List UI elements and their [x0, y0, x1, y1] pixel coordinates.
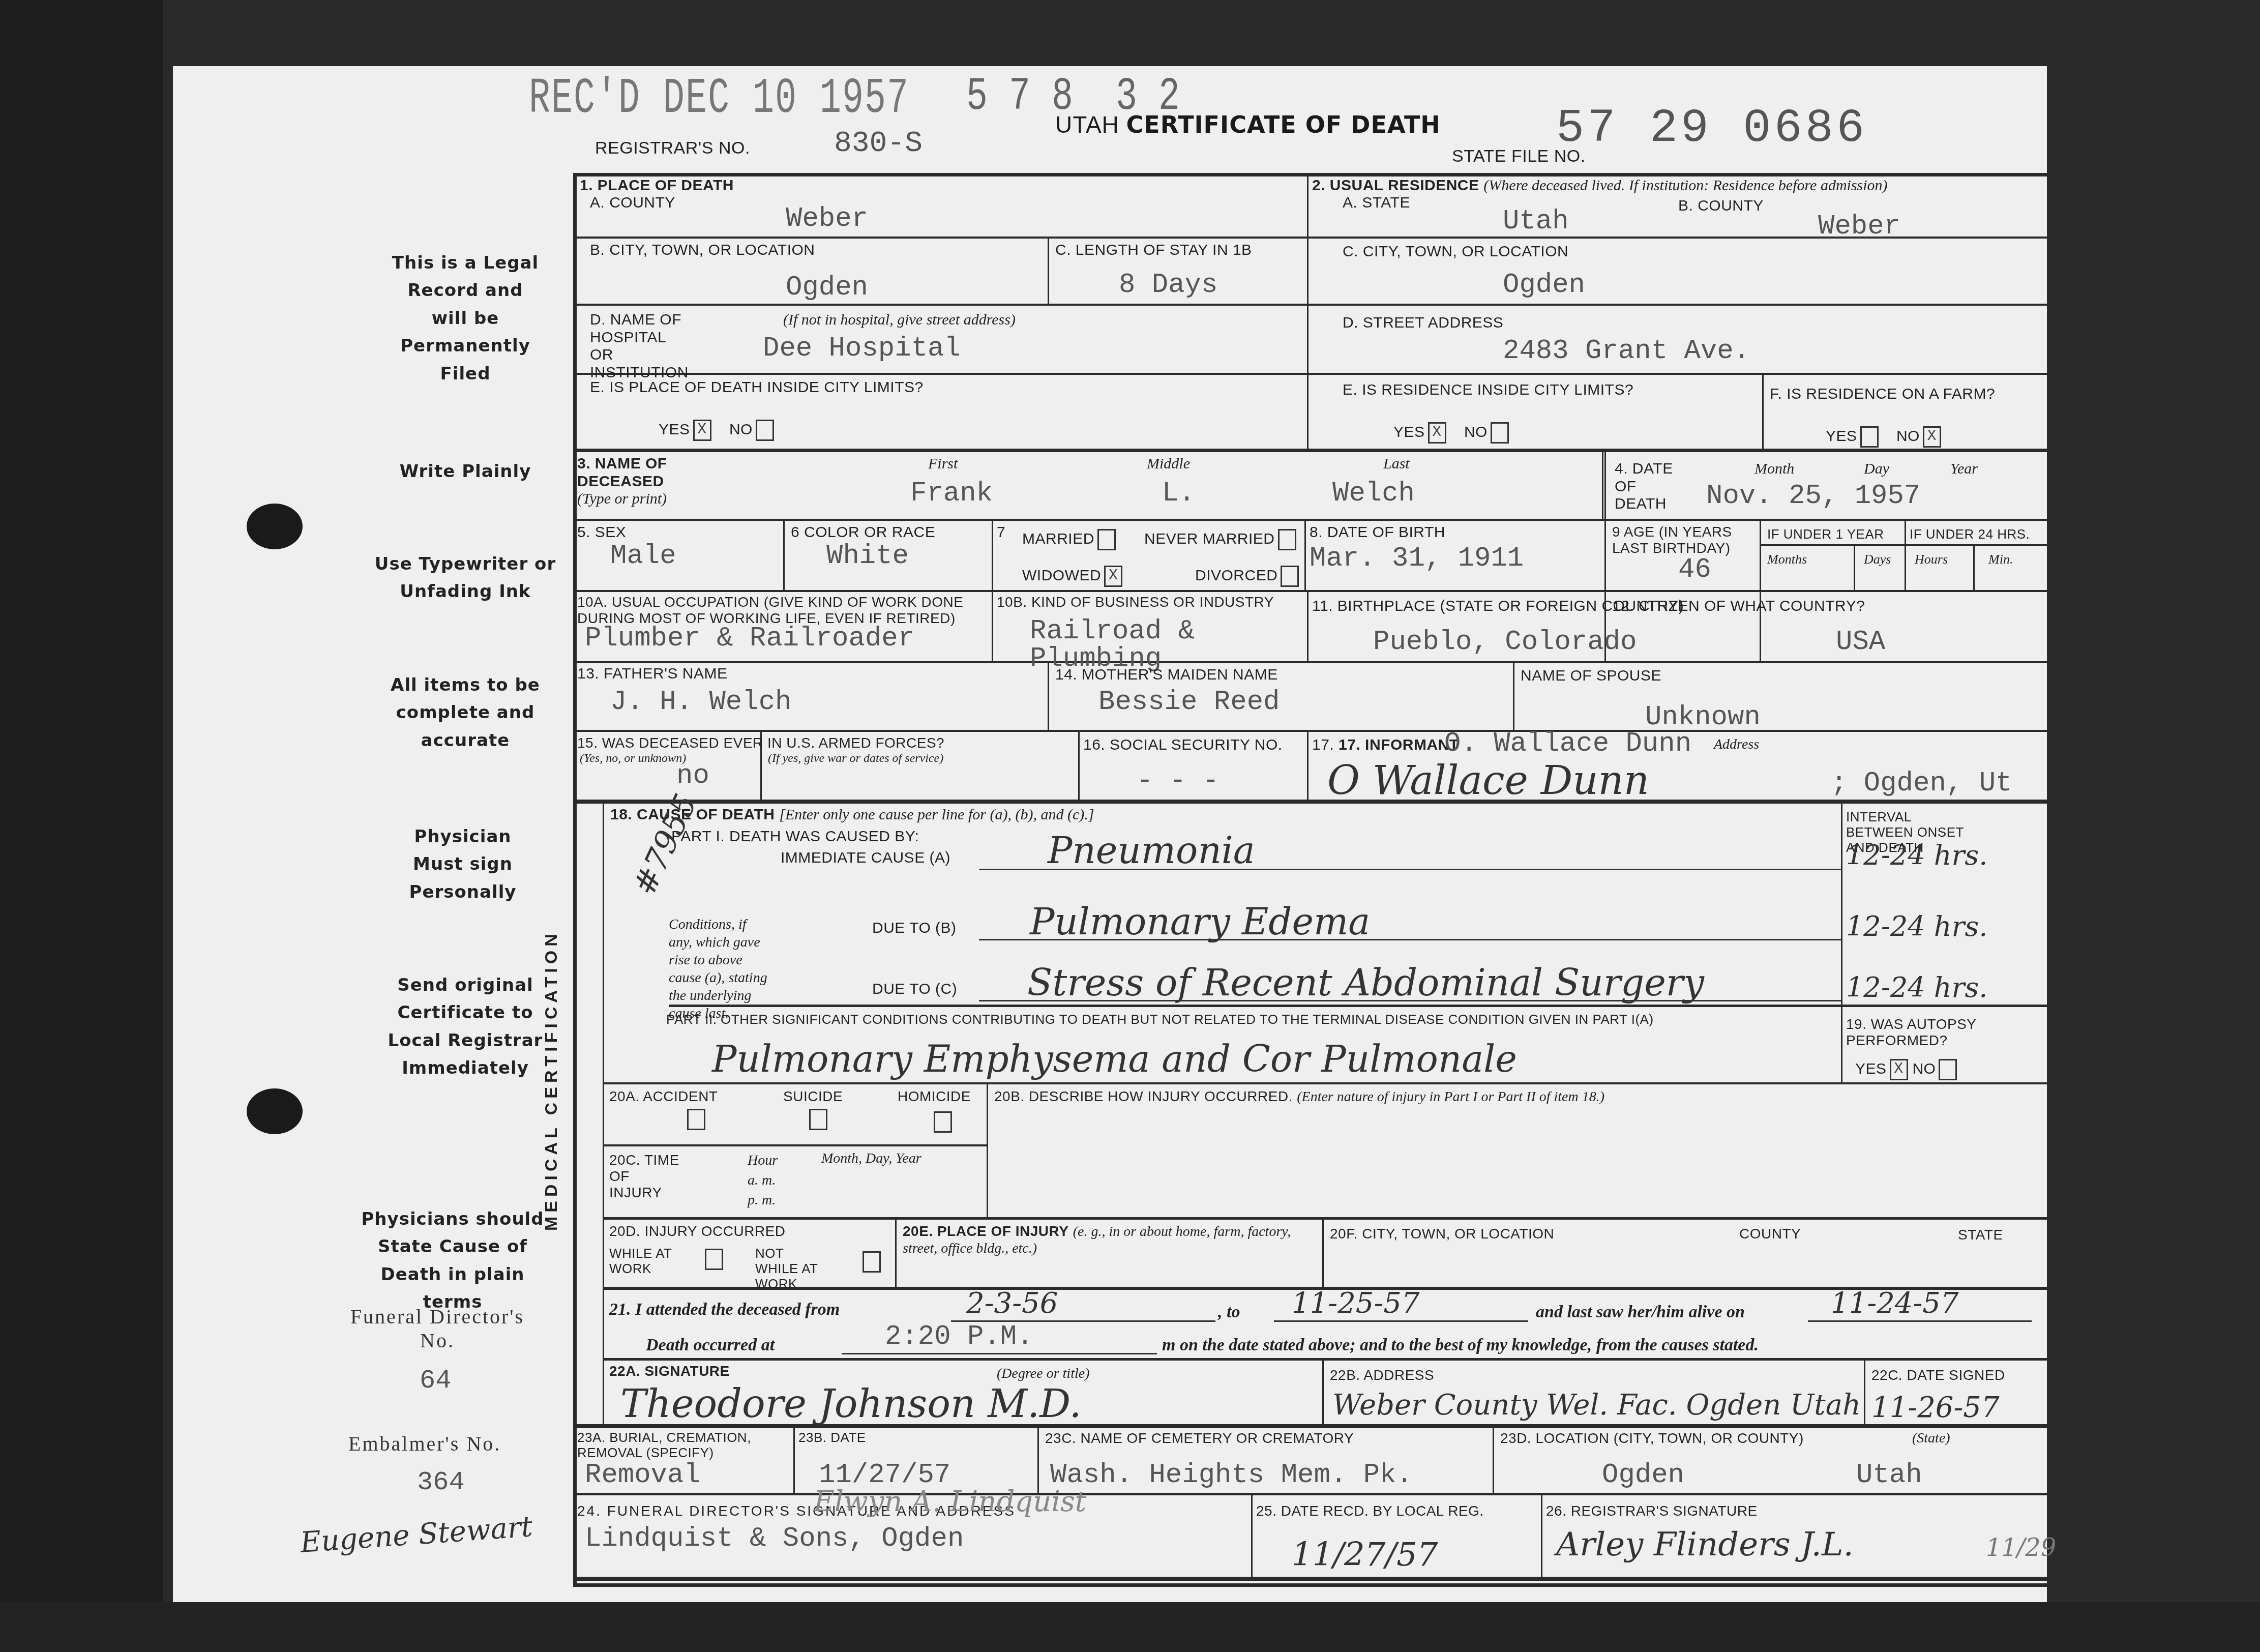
title-prefix: UTAH	[1055, 111, 1119, 138]
item2-state-label: a. STATE	[1343, 194, 1410, 212]
item8-date-of-birth[interactable]: Mar. 31, 1911	[1310, 543, 1524, 574]
item2-county[interactable]: Weber	[1818, 211, 1900, 242]
item1-county[interactable]: Weber	[786, 203, 868, 234]
divider	[992, 519, 993, 590]
underline	[1808, 1320, 2032, 1322]
item2-farm-label: f. IS RESIDENCE ON A FARM?	[1770, 386, 1995, 403]
item22-date-signed[interactable]: 11-26-57	[1871, 1391, 2000, 1424]
suicide-checkbox[interactable]	[806, 1109, 827, 1130]
item26-date: 11/29	[1986, 1533, 2056, 1562]
sidebar-note-write-plainly: Write Plainly	[386, 458, 544, 485]
item15-label: 15. WAS DECEASED EVER IN U.S. ARMED FORC…	[577, 735, 944, 751]
divider	[895, 1217, 897, 1287]
item20d-while: WHILE AT WORK	[609, 1246, 675, 1277]
autopsy-no-checkbox[interactable]	[1939, 1059, 1957, 1080]
punch-hole-bottom	[247, 1088, 303, 1134]
accident-checkbox[interactable]	[684, 1109, 705, 1130]
spouse-label: NAME OF SPOUSE	[1521, 667, 1661, 685]
underline	[842, 1353, 1157, 1354]
item18-due-b-label: DUE TO (b)	[872, 920, 957, 937]
item6-race[interactable]: White	[826, 541, 909, 572]
item4-year-label: Year	[1950, 460, 1978, 478]
no-label: NO	[1896, 428, 1920, 445]
item7-label: 7	[997, 524, 1005, 542]
item18-note: [Enter only one cause per line for (a), …	[779, 806, 1094, 823]
item1-county-label: a. COUNTY	[590, 194, 675, 212]
item2-street[interactable]: 2483 Grant Ave.	[1503, 336, 1750, 367]
item10b-industry[interactable]: Railroad & Plumbing	[1030, 618, 1294, 673]
item2-inside-city-no-checkbox[interactable]	[1491, 422, 1509, 444]
item2-state[interactable]: Utah	[1503, 206, 1569, 237]
divider	[1841, 804, 1842, 1082]
item20e-label: 20e. PLACE OF INJURY (e. g., in or about…	[903, 1223, 1320, 1257]
item21-to-label: , to	[1218, 1302, 1240, 1322]
divider	[573, 590, 2048, 592]
item4-date-of-death[interactable]: Nov. 25, 1957	[1706, 481, 1920, 512]
item9-under1-label: IF UNDER 1 YEAR	[1767, 527, 1884, 542]
item22a-label: 22a. SIGNATURE	[609, 1363, 730, 1379]
item9-hours-label: Hours	[1915, 552, 1948, 567]
sidebar-note-cause-plain: Physicians should State Cause of Death i…	[351, 1205, 554, 1316]
received-stamp-text: REC'D DEC 10 1957	[529, 71, 909, 128]
item18-immediate-label: IMMEDIATE CAUSE (a)	[781, 849, 950, 867]
divider	[992, 590, 993, 661]
embalmer-no: 364	[417, 1467, 465, 1497]
item21-last-saw-label: and last saw her/him alive on	[1536, 1302, 1745, 1322]
item15-armed-forces[interactable]: no	[676, 760, 709, 791]
sidebar-note-send-original: Send original Certificate to Local Regis…	[386, 971, 544, 1082]
divider	[573, 519, 2048, 521]
item10b-label: 10b. KIND OF BUSINESS OR INDUSTRY	[997, 594, 1274, 610]
registrar-no-label: REGISTRAR'S NO.	[595, 138, 750, 158]
item23d-label: 23d. LOCATION (City, town, or county)	[1500, 1430, 1804, 1447]
item2-inside-city-yes-checkbox[interactable]: X	[1428, 422, 1446, 444]
item2-county-label: b. COUNTY	[1678, 197, 1764, 215]
item16-label: 16. SOCIAL SECURITY NO.	[1083, 736, 1283, 754]
item21-death-time[interactable]: 2:20 P.M.	[885, 1321, 1033, 1352]
item24-funeral-home[interactable]: Lindquist & Sons, Ogden	[585, 1523, 964, 1554]
item3-first-label: First	[928, 455, 958, 473]
yes-label: YES	[659, 421, 690, 438]
divider	[987, 1082, 988, 1217]
title-main: CERTIFICATE OF DEATH	[1126, 111, 1441, 138]
yes-label: YES	[1826, 428, 1857, 445]
funeral-director-no: 64	[420, 1366, 451, 1396]
item2-farm-options: YES NOX	[1826, 426, 1941, 448]
item20a-label: 20a. ACCIDENT	[609, 1088, 718, 1105]
item20-homicide-label: HOMICIDE	[898, 1088, 971, 1105]
divider	[573, 304, 2048, 306]
no-label: NO	[1464, 424, 1488, 440]
item21-death-at-suffix: m on the date stated above; and to the b…	[1162, 1335, 1759, 1355]
divider	[573, 1493, 2048, 1495]
divider	[1037, 1424, 1039, 1493]
item2-farm-yes-checkbox[interactable]	[1860, 426, 1879, 448]
item23b-label: 23b. DATE	[798, 1430, 866, 1445]
divider	[603, 1144, 987, 1146]
divider	[573, 373, 2048, 375]
divider	[1322, 1217, 1324, 1287]
item23d-state[interactable]: Utah	[1856, 1460, 1922, 1491]
widowed-checkbox[interactable]: X	[1104, 566, 1122, 587]
divider	[1854, 544, 1855, 590]
item21-to[interactable]: 11-25-57	[1292, 1287, 1420, 1320]
item20f-county: COUNTY	[1739, 1226, 1801, 1242]
item1-hospital-label: d. NAME OF HOSPITAL OR INSTITUTION	[590, 311, 692, 381]
item20c-hour: Houra. m.p. m.	[748, 1150, 778, 1211]
item2-farm-no-checkbox[interactable]: X	[1923, 426, 1941, 448]
item23c-cemetery[interactable]: Wash. Heights Mem. Pk.	[1050, 1460, 1413, 1491]
item17-label: 17. 17. INFORMANT	[1312, 736, 1459, 754]
divider	[1905, 519, 1906, 590]
certificate-title: UTAH CERTIFICATE OF DEATH	[1055, 111, 1441, 138]
item9-under24-label: IF UNDER 24 HRS.	[1910, 527, 2030, 542]
item12-label: 12. CITIZEN OF WHAT COUNTRY?	[1612, 598, 1865, 615]
item2-inside-city-options: YESX NO	[1393, 422, 1509, 444]
item5-sex[interactable]: Male	[610, 541, 676, 572]
item20b-label: 20b. DESCRIBE HOW INJURY OCCURRED. (Ente…	[994, 1088, 1604, 1105]
item3-middle[interactable]: L.	[1162, 478, 1195, 509]
divorced-checkbox[interactable]	[1281, 566, 1299, 587]
item18-interval-c[interactable]: 12-24 hrs.	[1846, 971, 1987, 1004]
item6-label: 6 COLOR OR RACE	[791, 524, 935, 542]
item15-sub1: (Yes, no, or unknown)	[580, 752, 686, 766]
item7-never-married: NEVER MARRIED	[1144, 529, 1296, 550]
item21-attended-label: 21. I attended the deceased from	[609, 1300, 840, 1319]
divider	[1307, 590, 1309, 661]
item22b-label: 22b. ADDRESS	[1330, 1367, 1434, 1383]
item18-immediate-cause[interactable]: Pneumonia	[1048, 829, 1255, 872]
item20-suicide-label: SUICIDE	[783, 1088, 843, 1105]
item18-due-b[interactable]: Pulmonary Edema	[1030, 900, 1370, 943]
item3-sublabel: (Type or print)	[577, 490, 667, 507]
divider	[573, 800, 2048, 804]
item10a-label: 10a. USUAL OCCUPATION (Give kind of work…	[577, 594, 989, 627]
item3-last[interactable]: Welch	[1332, 478, 1415, 509]
item26-registrar-signature[interactable]: Arley Flinders J.L.	[1556, 1526, 1854, 1563]
item1-hospital[interactable]: Dee Hospital	[763, 333, 961, 364]
item15-sub2: (If yes, give war or dates of service)	[768, 752, 943, 766]
item13-father[interactable]: J. H. Welch	[610, 687, 791, 718]
state-file-no: 57 29 0686	[1556, 102, 1867, 155]
item1-inside-city-label: e. IS PLACE OF DEATH INSIDE CITY LIMITS?	[590, 379, 924, 397]
divider	[1251, 1493, 1253, 1577]
item18-part2-value[interactable]: Pulmonary Emphysema and Cor Pulmonale	[712, 1038, 1517, 1080]
funeral-director-label: Funeral Director's No.	[346, 1305, 529, 1352]
divider	[573, 661, 2048, 663]
item1-title: 1. PLACE OF DEATH	[580, 177, 734, 195]
item11-birthplace[interactable]: Pueblo, Colorado	[1373, 627, 1637, 658]
item1-stay-label: c. LENGTH OF STAY IN 1b	[1055, 242, 1252, 259]
item8-label: 8. DATE OF BIRTH	[1310, 524, 1445, 542]
item19-label: 19. WAS AUTOPSY PERFORMED?	[1846, 1016, 1999, 1049]
divider	[573, 1577, 2048, 1581]
item22-physician-signature[interactable]: Theodore Johnson M.D.	[620, 1381, 1082, 1426]
item18-part2: PART II. OTHER SIGNIFICANT CONDITIONS CO…	[666, 1012, 1654, 1027]
scan-background-bottom	[0, 1602, 2260, 1652]
divider	[1513, 661, 1514, 730]
divider	[573, 730, 2048, 732]
item13-label: 13. FATHER'S NAME	[577, 665, 727, 683]
item20c-label: 20c. TIME OF INJURY	[609, 1152, 686, 1201]
no-label: NO	[729, 421, 753, 438]
item23d-city[interactable]: Ogden	[1602, 1460, 1684, 1491]
homicide-checkbox[interactable]	[931, 1111, 952, 1133]
item18-part1: PART I. DEATH WAS CAUSED BY:	[671, 828, 919, 846]
divider	[793, 1424, 795, 1493]
divider	[1973, 544, 1975, 590]
item16-ssn[interactable]: - - -	[1137, 765, 1219, 796]
item20c-date: Month, Day, Year	[821, 1150, 921, 1167]
divider	[1304, 519, 1306, 590]
item9-months-label: Months	[1767, 552, 1807, 567]
item18-interval-a[interactable]: 12-24 hrs.	[1846, 839, 1987, 871]
item5-label: 5. SEX	[577, 524, 626, 542]
sidebar-note-typewriter: Use Typewriter or Unfading Ink	[371, 550, 559, 606]
divider	[1760, 519, 1761, 661]
divider	[1604, 449, 1606, 519]
item18-due-c-label: DUE TO (c)	[872, 981, 957, 998]
item4-month-label: Month	[1755, 460, 1794, 478]
item14-mother[interactable]: Bessie Reed	[1098, 687, 1280, 718]
while-at-work-checkbox[interactable]	[702, 1249, 723, 1270]
divider	[1760, 544, 2048, 546]
item21-last-saw[interactable]: 11-24-57	[1831, 1287, 1959, 1320]
item7-divorced: DIVORCED	[1195, 566, 1299, 587]
item1-stay[interactable]: 8 Days	[1119, 270, 1217, 301]
item20f-state: STATE	[1958, 1227, 2003, 1243]
item9-label: 9 AGE (In years last birthday)	[1612, 524, 1755, 556]
item17-signature: O Wallace Dunn	[1327, 758, 1649, 804]
underline	[1274, 1320, 1528, 1322]
item1-inside-city-options: YESX NO	[659, 420, 774, 441]
item24-signature: Elwyn A. Lindquist	[814, 1485, 1086, 1518]
item22c-label: 22c. DATE SIGNED	[1871, 1367, 2005, 1383]
item21-death-at-label: Death occurred at	[646, 1335, 775, 1355]
item20d-not-while: NOT WHILE AT WORK	[755, 1246, 826, 1292]
item19-options: YESX NO	[1855, 1059, 1957, 1080]
item10a-occupation[interactable]: Plumber & Railroader	[585, 623, 914, 654]
item25-label: 25. DATE RECD. BY LOCAL REG.	[1256, 1503, 1484, 1519]
item1-city-label: b. CITY, TOWN, OR LOCATION	[590, 242, 815, 259]
divider	[1864, 1358, 1865, 1424]
divider	[603, 1358, 2048, 1361]
sidebar-note-complete: All items to be complete and accurate	[386, 671, 544, 754]
item12-citizen[interactable]: USA	[1836, 627, 1885, 658]
item9-min-label: Min.	[1988, 552, 2013, 567]
divider	[1307, 173, 1309, 449]
item18-conditions-note: Conditions, if any, which gave rise to a…	[669, 916, 770, 1022]
divider	[1078, 730, 1080, 800]
item1-hospital-note: (If not in hospital, give street address…	[783, 311, 1016, 329]
received-stamp: REC'D DEC 10 1957	[529, 71, 909, 128]
item20f-label: 20f. CITY, TOWN, OR LOCATION	[1330, 1226, 1554, 1242]
sidebar-note-legal-record: This is a Legal Record and will be Perma…	[386, 249, 544, 388]
item2-street-label: d. STREET ADDRESS	[1343, 314, 1503, 332]
state-file-label: STATE FILE NO.	[1452, 146, 1586, 166]
yes-label: YES	[1393, 424, 1425, 440]
punch-hole-top	[247, 504, 303, 549]
divider	[1048, 237, 1049, 304]
divider	[603, 1217, 2048, 1220]
item18-interval-b[interactable]: 12-24 hrs.	[1846, 910, 1987, 942]
item3-label: 3. NAME OF DECEASED(Type or print)	[577, 455, 689, 508]
item17-address[interactable]: ; Ogden, Ut	[1831, 768, 2012, 799]
item9-days-label: Days	[1864, 552, 1891, 567]
divider	[1322, 1358, 1324, 1424]
item18-due-c[interactable]: Stress of Recent Abdominal Surgery	[1027, 961, 1704, 1004]
item22-degree-label: (Degree or title)	[997, 1366, 1089, 1382]
item1-city[interactable]: Ogden	[786, 272, 868, 303]
item4-label: 4. DATE OF DEATH	[1615, 460, 1676, 513]
item1-inside-city-yes-checkbox[interactable]: X	[693, 420, 711, 441]
item9-age[interactable]: 46	[1678, 554, 1711, 585]
item2-title: 2. USUAL RESIDENCE (Where deceased lived…	[1312, 177, 1888, 195]
item2-city-label: c. CITY, TOWN, OR LOCATION	[1343, 243, 1568, 261]
divider	[603, 800, 604, 1424]
divider	[573, 449, 2048, 452]
divider	[1762, 373, 1764, 449]
divider	[603, 1082, 2048, 1084]
divider	[1602, 449, 1603, 519]
item3-middle-label: Middle	[1147, 455, 1190, 473]
scan-background-left	[0, 0, 163, 1652]
item23d-state-label: (State)	[1912, 1430, 1950, 1447]
divider	[783, 519, 785, 590]
item1-inside-city-no-checkbox[interactable]	[756, 420, 774, 441]
item22-address[interactable]: Weber County Wel. Fac. Ogden Utah	[1332, 1389, 1861, 1422]
item7-widowed: WIDOWEDX	[1022, 566, 1122, 587]
item17-address-label: Address	[1714, 736, 1759, 753]
item7-married: MARRIED	[1022, 529, 1116, 550]
item3-first[interactable]: Frank	[910, 478, 993, 509]
sidebar-note-physician-sign: Physician Must sign Personally	[397, 823, 529, 906]
divider	[1541, 1493, 1542, 1577]
item23a-label: 23a. BURIAL, CREMATION, REMOVAL (Specify…	[577, 1430, 781, 1461]
item26-label: 26. REGISTRAR'S SIGNATURE	[1546, 1503, 1758, 1519]
item25-date[interactable]: 11/27/57	[1292, 1536, 1438, 1574]
item17-informant[interactable]: O. Wallace Dunn	[1444, 728, 1691, 759]
divider	[1307, 730, 1309, 800]
autopsy-yes-checkbox[interactable]: X	[1890, 1059, 1908, 1080]
item23a-disposition[interactable]: Removal	[585, 1460, 700, 1491]
item21-from[interactable]: 2-3-56	[966, 1287, 1058, 1320]
married-checkbox[interactable]	[1097, 529, 1116, 550]
medical-certification-label: MEDICAL CERTIFICATION	[542, 875, 561, 1231]
registrar-no: 830-S	[834, 127, 923, 160]
divider	[1493, 1424, 1494, 1493]
item14-label: 14. MOTHER'S MAIDEN NAME	[1055, 666, 1278, 684]
item2-city[interactable]: Ogden	[1503, 270, 1585, 301]
embalmer-label: Embalmer's No.	[348, 1432, 501, 1456]
item2-note: (Where deceased lived. If institution: R…	[1483, 177, 1887, 194]
item3-last-label: Last	[1383, 455, 1410, 473]
not-while-at-work-checkbox[interactable]	[859, 1251, 881, 1273]
never-married-checkbox[interactable]	[1278, 529, 1296, 550]
item4-day-label: Day	[1864, 460, 1889, 478]
item23c-label: 23c. NAME OF CEMETERY OR CREMATORY	[1045, 1430, 1354, 1447]
item2-inside-city-label: e. IS RESIDENCE INSIDE CITY LIMITS?	[1343, 381, 1633, 399]
item20d-label: 20d. INJURY OCCURRED	[609, 1223, 786, 1240]
